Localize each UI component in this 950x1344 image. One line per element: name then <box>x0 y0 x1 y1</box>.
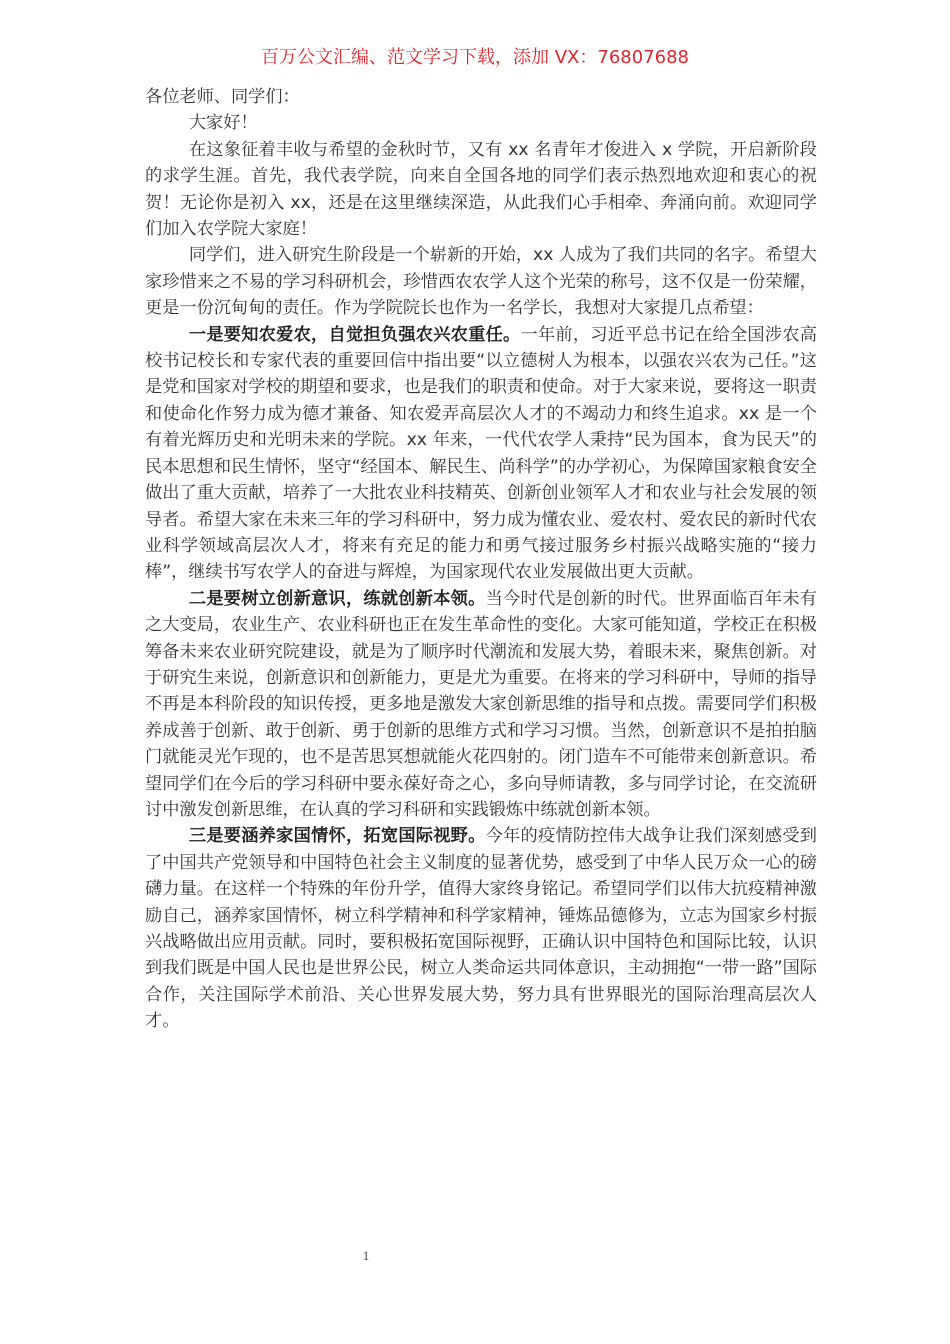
paragraph-hope-three: 三是要涵养家国情怀，拓宽国际视野。今年的疫情防控伟大战争让我们深刻感受到了中国共… <box>145 823 817 1034</box>
salutation: 各位老师、同学们： <box>145 84 817 110</box>
paragraph-text: 在这象征着丰收与希望的金秋时节，又有 xx 名青年才俊进入 x 学院，开启新阶段… <box>145 140 817 239</box>
paragraph-introduction: 同学们，进入研究生阶段是一个崭新的开始，xx 人成为了我们共同的名字。希望大家珍… <box>145 242 817 321</box>
paragraph-text: 今年的疫情防控伟大战争让我们深刻感受到了中国共产党领导和中国特色社会主义制度的显… <box>145 826 817 1031</box>
paragraph-welcome: 在这象征着丰收与希望的金秋时节，又有 xx 名青年才俊进入 x 学院，开启新阶段… <box>145 137 817 243</box>
paragraph-hope-one: 一是要知农爱农，自觉担负强农兴农重任。一年前，习近平总书记在给全国涉农高校书记校… <box>145 322 817 586</box>
paragraph-hope-two: 二是要树立创新意识，练就创新本领。当今时代是创新的时代。世界面临百年未有之大变局… <box>145 586 817 824</box>
page-number: 1 <box>356 1248 376 1264</box>
paragraph-lead-heading: 一是要知农爱农，自觉担负强农兴农重任。 <box>189 325 521 345</box>
paragraph-lead-heading: 三是要涵养家国情怀，拓宽国际视野。 <box>189 826 486 846</box>
paragraph-text: 当今时代是创新的时代。世界面临百年未有之大变局，农业生产、农业科研也正在发生革命… <box>145 589 817 820</box>
greeting: 大家好！ <box>145 110 817 136</box>
paragraph-lead-heading: 二是要树立创新意识，练就创新本领。 <box>189 589 486 609</box>
paragraph-text: 同学们，进入研究生阶段是一个崭新的开始，xx 人成为了我们共同的名字。希望大家珍… <box>145 245 817 318</box>
watermark-header: 百万公文汇编、范文学习下载，添加 VX：76807688 <box>0 45 950 71</box>
document-body: 各位老师、同学们： 大家好！ 在这象征着丰收与希望的金秋时节，又有 xx 名青年… <box>145 84 817 1035</box>
paragraph-text: 一年前，习近平总书记在给全国涉农高校书记校长和专家代表的重要回信中指出要“以立德… <box>145 325 817 583</box>
